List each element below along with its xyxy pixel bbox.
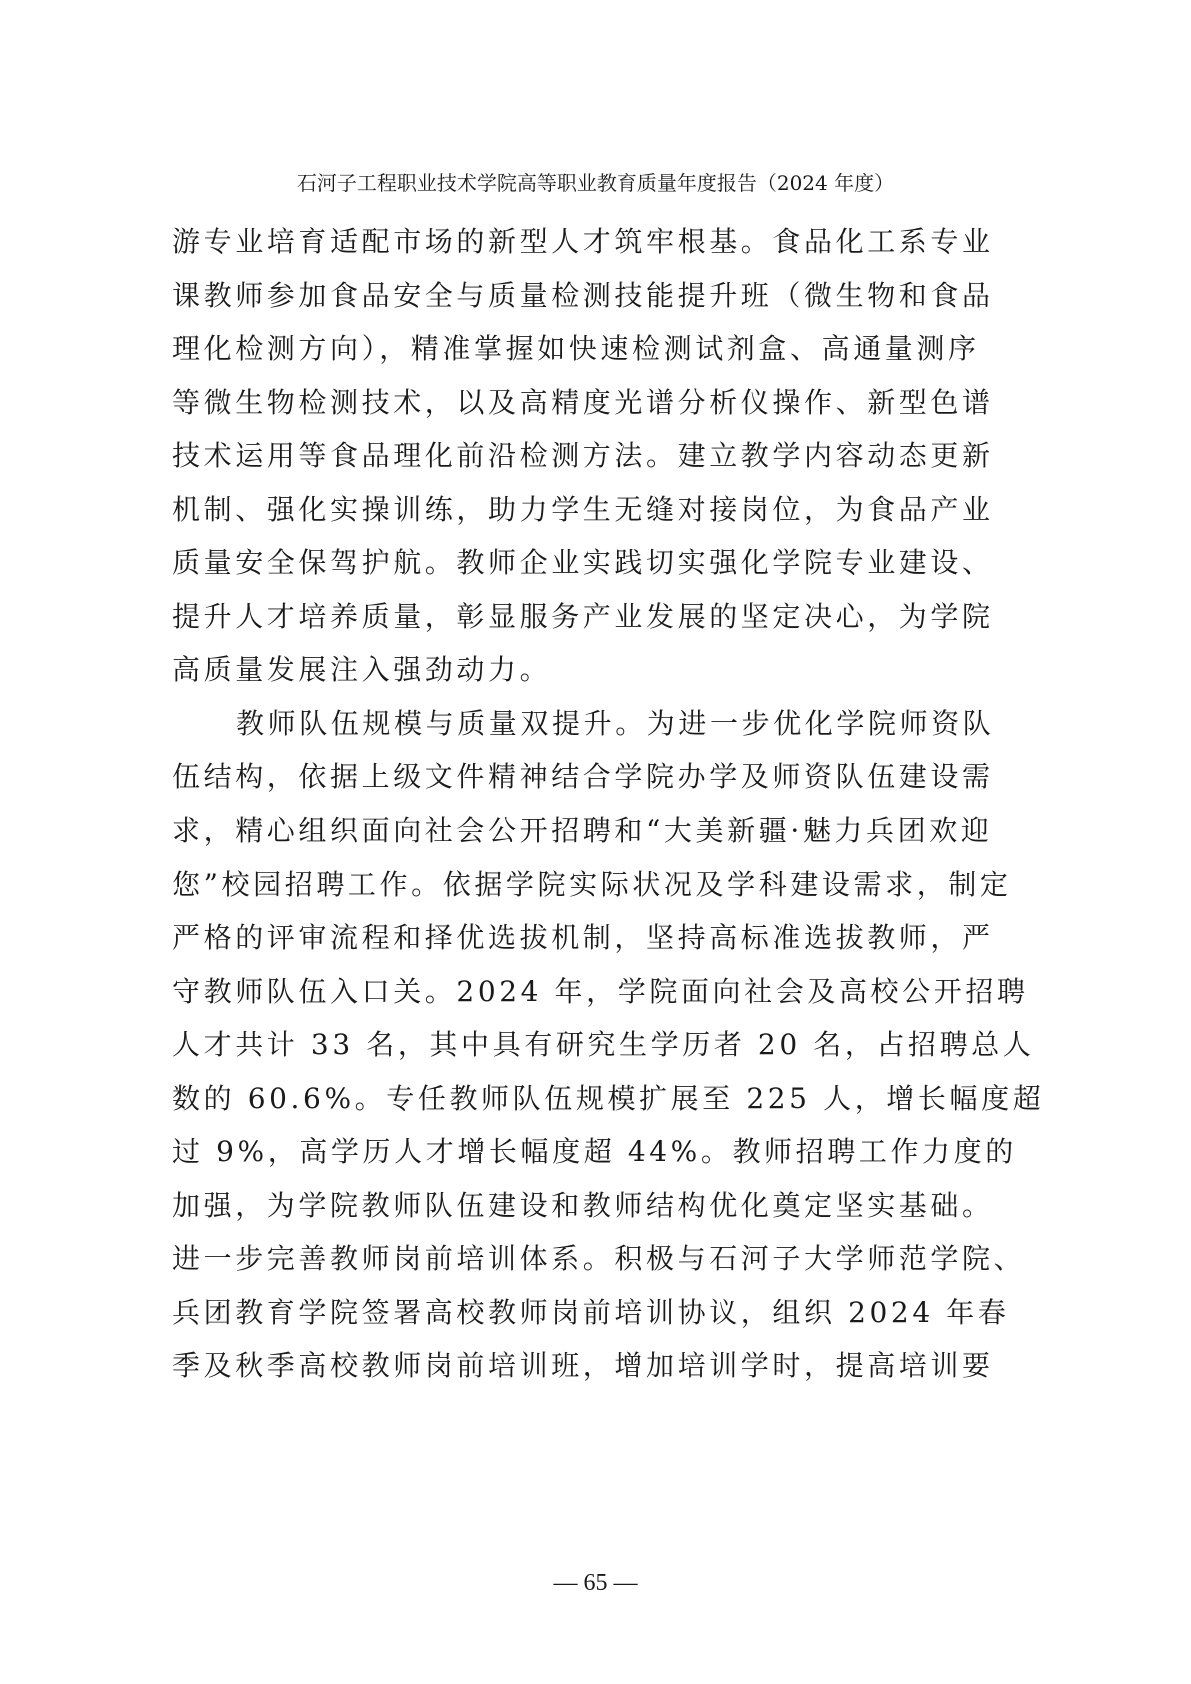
text-line: 提升人才培养质量，彰显服务产业发展的坚定决心，为学院 — [172, 590, 947, 644]
running-header: 石河子工程职业技术学院高等职业教育质量年度报告（2024 年度） — [0, 170, 1191, 196]
text-line: 加强，为学院教师队伍建设和教师结构优化奠定坚实基础。 — [172, 1179, 947, 1233]
text-line: 严格的评审流程和择优选拔机制，坚持高标准选拔教师，严 — [172, 911, 947, 965]
text-line: 守教师队伍入口关。2024 年，学院面向社会及高校公开招聘 — [172, 965, 947, 1019]
text-line: 季及秋季高校教师岗前培训班，增加培训学时，提高培训要 — [172, 1339, 947, 1393]
paragraph-start-line: 教师队伍规模与质量双提升。为进一步优化学院师资队 — [172, 697, 947, 751]
body-text: 游专业培育适配市场的新型人才筑牢根基。食品化工系专业 课教师参加食品安全与质量检… — [172, 215, 947, 1393]
text-line: 人才共计 33 名，其中具有研究生学历者 20 名，占招聘总人 — [172, 1018, 947, 1072]
text-line: 理化检测方向），精准掌握如快速检测试剂盒、高通量测序 — [172, 322, 947, 376]
text-line: 过 9%，高学历人才增长幅度超 44%。教师招聘工作力度的 — [172, 1125, 947, 1179]
text-line: 游专业培育适配市场的新型人才筑牢根基。食品化工系专业 — [172, 215, 947, 269]
text-line: 求，精心组织面向社会公开招聘和“大美新疆·魅力兵团欢迎 — [172, 804, 947, 858]
text-line: 高质量发展注入强劲动力。 — [172, 643, 947, 697]
text-line: 质量安全保驾护航。教师企业实践切实强化学院专业建设、 — [172, 536, 947, 590]
text-line: 兵团教育学院签署高校教师岗前培训协议，组织 2024 年春 — [172, 1286, 947, 1340]
text-line: 进一步完善教师岗前培训体系。积极与石河子大学师范学院、 — [172, 1232, 947, 1286]
text-line: 机制、强化实操训练，助力学生无缝对接岗位，为食品产业 — [172, 483, 947, 537]
text-line: 等微生物检测技术，以及高精度光谱分析仪操作、新型色谱 — [172, 376, 947, 430]
page-number: — 65 — — [0, 1568, 1191, 1598]
text-line: 技术运用等食品理化前沿检测方法。建立教学内容动态更新 — [172, 429, 947, 483]
text-line: 课教师参加食品安全与质量检测技能提升班（微生物和食品 — [172, 269, 947, 323]
text-line: 伍结构，依据上级文件精神结合学院办学及师资队伍建设需 — [172, 750, 947, 804]
text-line: 数的 60.6%。专任教师队伍规模扩展至 225 人，增长幅度超 — [172, 1072, 947, 1126]
text-line: 您”校园招聘工作。依据学院实际状况及学科建设需求，制定 — [172, 858, 947, 912]
